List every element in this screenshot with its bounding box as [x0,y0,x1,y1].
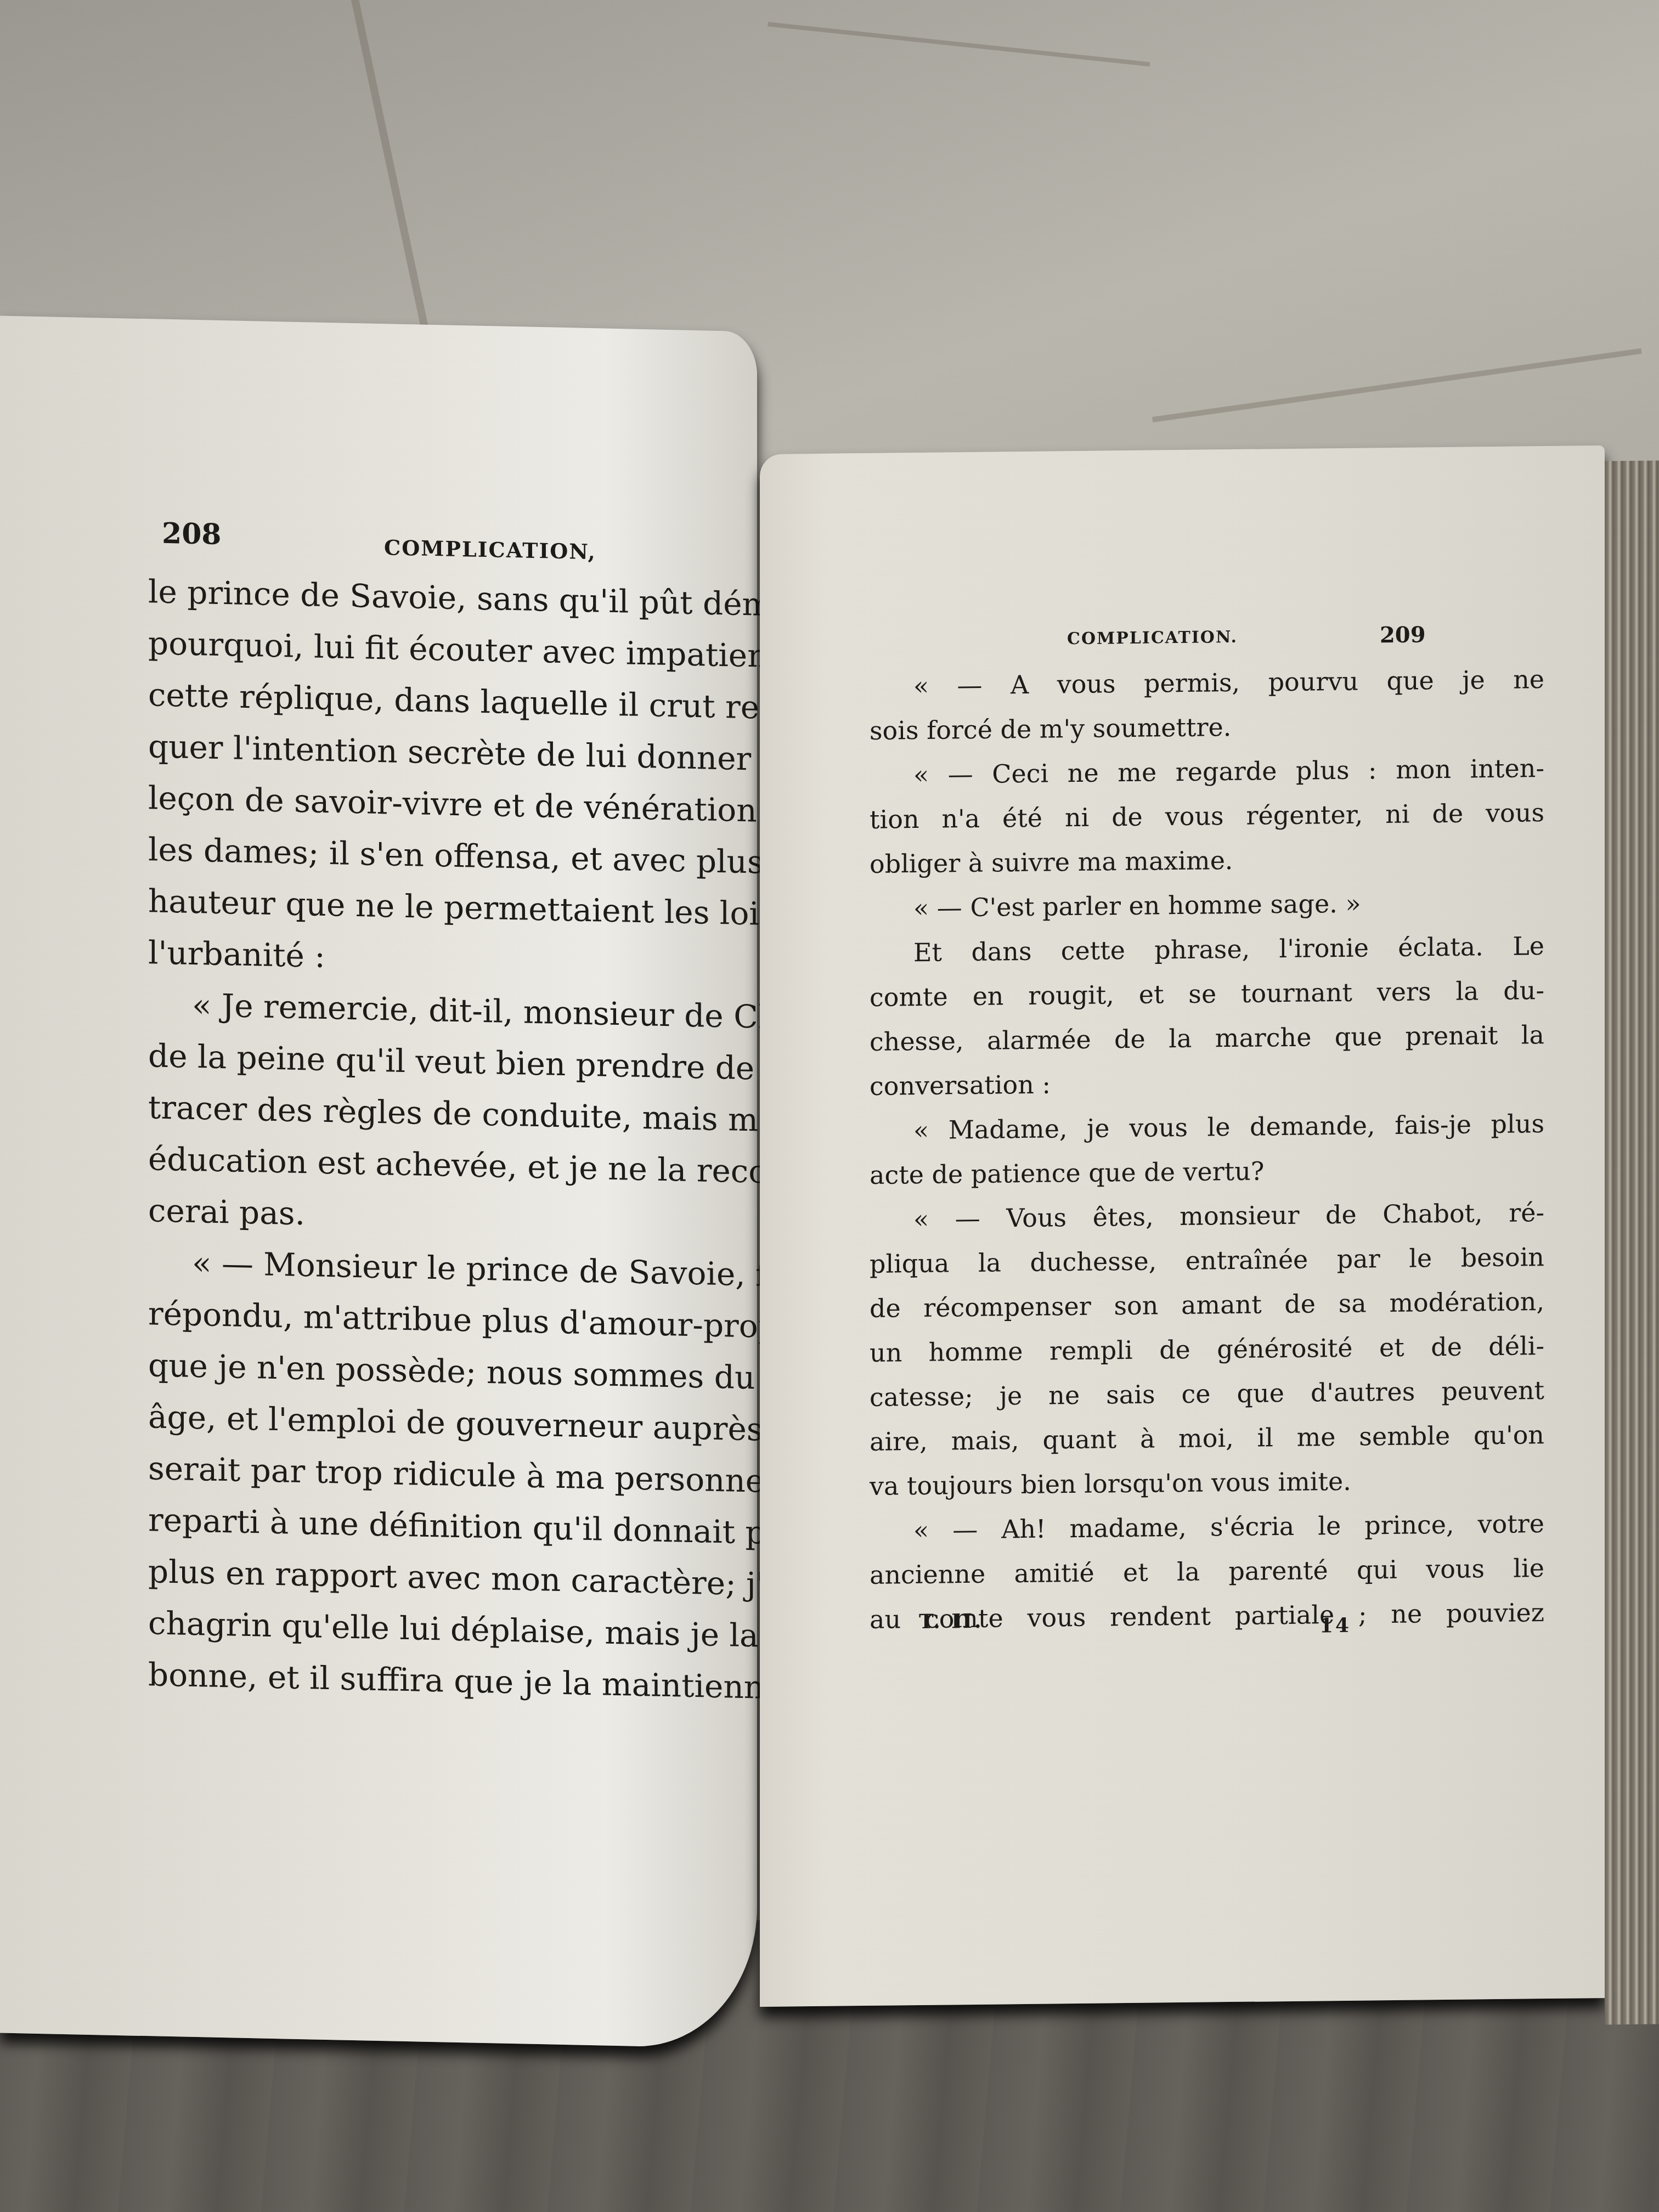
text-line: « — Vous êtes, monsieur de Chabot, ré- [870,1190,1544,1242]
text-line: sois forcé de m'y soumettre. [870,702,1544,753]
text-line: catesse; je ne sais ce que d'autres peuv… [870,1368,1544,1420]
text-line: de récompenser son amant de sa modératio… [870,1279,1544,1331]
text-line: pliqua la duchesse, entraînée par le bes… [870,1235,1544,1286]
text-line: chesse, alarmée de la marche que prenait… [870,1013,1544,1064]
text-line: conversation : [870,1057,1544,1109]
footer-volume: T. II. [919,1610,983,1633]
text-line: Et dans cette phrase, l'ironie éclata. L… [870,924,1544,975]
page-number-right: 209 [1380,622,1426,648]
text-line: ancienne amitié et la parenté qui vous l… [870,1546,1544,1598]
page-edges [1605,460,1659,2024]
text-line: « — C'est parler en homme sage. » [870,879,1544,931]
text-line: « — Ceci ne me regarde plus : mon inten- [870,746,1544,798]
footer-signature: 14 [1319,1614,1351,1638]
text-line: comte en rougit, et se tournant vers la … [870,968,1544,1020]
running-head-right: COMPLICATION. [1067,628,1238,648]
right-page-text: « — A vous permis, pourvu que je ne sois… [870,657,1544,1642]
left-page: 208 COMPLICATION, le prince de Savoie, s… [0,316,757,2049]
marble-vein [1152,348,1642,422]
right-page: COMPLICATION. 209 « — A vous permis, pou… [760,445,1605,2007]
running-head-left: COMPLICATION, [384,535,596,564]
text-line: obliger à suivre ma maxime. [870,835,1544,887]
marble-vein [351,0,430,332]
marble-vein [768,22,1150,66]
text-line: va toujours bien lorsqu'on vous imite. [870,1457,1544,1509]
left-page-text: le prince de Savoie, sans qu'il pût démê… [148,566,730,1712]
text-line: tion n'a été ni de vous régenter, ni de … [870,791,1544,842]
page-number-left: 208 [162,517,222,551]
text-line: « Madame, je vous le demande, fais-je pl… [870,1102,1544,1153]
text-line: aire, mais, quant à moi, il me semble qu… [870,1413,1544,1464]
text-line: « — Ah! madame, s'écria le prince, votre [870,1502,1544,1553]
text-line: acte de patience que de vertu? [870,1146,1544,1198]
text-line: un homme rempli de générosité et de déli… [870,1324,1544,1375]
text-line: « — A vous permis, pourvu que je ne [870,657,1544,709]
